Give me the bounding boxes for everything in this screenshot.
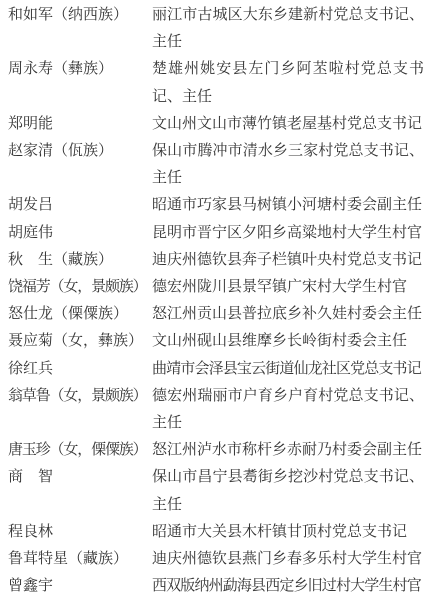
person-position: 怒江州泸水市称杆乡赤耐乃村委会副主任	[152, 436, 424, 463]
position-line: 主任	[152, 409, 424, 436]
person-name: 饶福芳（女，景颇族）	[8, 273, 152, 300]
list-item: 周永寿（彝族） 楚雄州姚安县左门乡阿苤啦村党总支书记、主任	[8, 55, 424, 109]
position-line: 主任	[152, 491, 424, 518]
list-item: 饶福芳（女，景颇族） 德宏州陇川县景罕镇广宋村大学生村官	[8, 273, 424, 300]
list-item: 翁草鲁（女，景颇族） 德宏州瑞丽市户育乡户育村党总支书记、主任	[8, 382, 424, 436]
position-line: 迪庆州德钦县燕门乡春多乐村大学生村官	[152, 545, 424, 572]
list-item: 程良林 昭通市大关县木杆镇甘顶村党总支书记	[8, 518, 424, 545]
person-name: 鲁茸特星（藏族）	[8, 545, 152, 572]
person-name: 胡庭伟	[8, 219, 152, 246]
person-name: 唐玉珍（女，傈僳族）	[8, 436, 152, 463]
person-position: 德宏州瑞丽市户育乡户育村党总支书记、主任	[152, 382, 424, 436]
position-line: 记、主任	[152, 83, 424, 110]
person-position: 怒江州贡山县普拉底乡补久娃村委会主任	[152, 300, 424, 327]
position-line: 西双版纳州勐海县西定乡旧过村大学生村官	[152, 572, 424, 599]
person-position: 保山市腾冲市清水乡三家村党总支书记、主任	[152, 137, 424, 191]
person-position: 楚雄州姚安县左门乡阿苤啦村党总支书记、主任	[152, 55, 424, 109]
position-line: 德宏州陇川县景罕镇广宋村大学生村官	[152, 273, 424, 300]
position-line: 丽江市古城区大东乡建新村党总支书记、	[152, 1, 424, 28]
person-position: 曲靖市会泽县宝云街道仙龙社区党总支书记	[152, 355, 424, 382]
list-item: 胡庭伟 昆明市晋宁区夕阳乡高粱地村大学生村官	[8, 219, 424, 246]
list-item: 徐红兵 曲靖市会泽县宝云街道仙龙社区党总支书记	[8, 355, 424, 382]
position-line: 怒江州泸水市称杆乡赤耐乃村委会副主任	[152, 436, 424, 463]
position-line: 德宏州瑞丽市户育乡户育村党总支书记、	[152, 382, 424, 409]
list-item: 曾鑫宇 西双版纳州勐海县西定乡旧过村大学生村官	[8, 572, 424, 599]
person-name: 郑明能	[8, 110, 152, 137]
person-name: 周永寿（彝族）	[8, 55, 152, 82]
list-item: 赵家清（佤族） 保山市腾冲市清水乡三家村党总支书记、主任	[8, 137, 424, 191]
list-item: 鲁茸特星（藏族） 迪庆州德钦县燕门乡春多乐村大学生村官	[8, 545, 424, 572]
position-line: 保山市昌宁县耈街乡挖沙村党总支书记、	[152, 463, 424, 490]
person-name: 怒仕龙（傈僳族）	[8, 300, 152, 327]
position-line: 主任	[152, 164, 424, 191]
position-line: 文山州砚山县维摩乡长岭街村委会主任	[152, 327, 424, 354]
recipient-list: 和如军（纳西族） 丽江市古城区大东乡建新村党总支书记、主任 周永寿（彝族） 楚雄…	[8, 1, 424, 599]
list-item: 商 智 保山市昌宁县耈街乡挖沙村党总支书记、主任	[8, 463, 424, 517]
person-position: 保山市昌宁县耈街乡挖沙村党总支书记、主任	[152, 463, 424, 517]
list-item: 聂应菊（女，彝族） 文山州砚山县维摩乡长岭街村委会主任	[8, 327, 424, 354]
person-name: 徐红兵	[8, 355, 152, 382]
position-line: 昭通市巧家县马树镇小河塘村委会副主任	[152, 191, 424, 218]
position-line: 迪庆州德钦县奔子栏镇叶央村党总支书记	[152, 246, 424, 273]
person-name: 秋 生（藏族）	[8, 246, 152, 273]
person-name: 赵家清（佤族）	[8, 137, 152, 164]
list-item: 郑明能 文山州文山市薄竹镇老屋基村党总支书记	[8, 110, 424, 137]
person-position: 昭通市大关县木杆镇甘顶村党总支书记	[152, 518, 424, 545]
person-position: 昭通市巧家县马树镇小河塘村委会副主任	[152, 191, 424, 218]
list-item: 胡发吕 昭通市巧家县马树镇小河塘村委会副主任	[8, 191, 424, 218]
person-name: 聂应菊（女，彝族）	[8, 327, 152, 354]
position-line: 主任	[152, 28, 424, 55]
list-item: 秋 生（藏族） 迪庆州德钦县奔子栏镇叶央村党总支书记	[8, 246, 424, 273]
person-name: 商 智	[8, 463, 152, 490]
position-line: 楚雄州姚安县左门乡阿苤啦村党总支书	[152, 55, 424, 82]
person-position: 昆明市晋宁区夕阳乡高粱地村大学生村官	[152, 219, 424, 246]
person-position: 文山州砚山县维摩乡长岭街村委会主任	[152, 327, 424, 354]
person-position: 文山州文山市薄竹镇老屋基村党总支书记	[152, 110, 424, 137]
person-name: 胡发吕	[8, 191, 152, 218]
person-position: 迪庆州德钦县燕门乡春多乐村大学生村官	[152, 545, 424, 572]
position-line: 曲靖市会泽县宝云街道仙龙社区党总支书记	[152, 355, 424, 382]
person-name: 曾鑫宇	[8, 572, 152, 599]
list-item: 怒仕龙（傈僳族） 怒江州贡山县普拉底乡补久娃村委会主任	[8, 300, 424, 327]
person-position: 丽江市古城区大东乡建新村党总支书记、主任	[152, 1, 424, 55]
position-line: 文山州文山市薄竹镇老屋基村党总支书记	[152, 110, 424, 137]
person-name: 翁草鲁（女，景颇族）	[8, 382, 152, 409]
document-page: 和如军（纳西族） 丽江市古城区大东乡建新村党总支书记、主任 周永寿（彝族） 楚雄…	[0, 0, 426, 600]
list-item: 唐玉珍（女，傈僳族） 怒江州泸水市称杆乡赤耐乃村委会副主任	[8, 436, 424, 463]
person-position: 西双版纳州勐海县西定乡旧过村大学生村官	[152, 572, 424, 599]
person-position: 德宏州陇川县景罕镇广宋村大学生村官	[152, 273, 424, 300]
position-line: 保山市腾冲市清水乡三家村党总支书记、	[152, 137, 424, 164]
position-line: 怒江州贡山县普拉底乡补久娃村委会主任	[152, 300, 424, 327]
person-name: 和如军（纳西族）	[8, 1, 152, 28]
position-line: 昆明市晋宁区夕阳乡高粱地村大学生村官	[152, 219, 424, 246]
person-position: 迪庆州德钦县奔子栏镇叶央村党总支书记	[152, 246, 424, 273]
list-item: 和如军（纳西族） 丽江市古城区大东乡建新村党总支书记、主任	[8, 1, 424, 55]
position-line: 昭通市大关县木杆镇甘顶村党总支书记	[152, 518, 424, 545]
person-name: 程良林	[8, 518, 152, 545]
